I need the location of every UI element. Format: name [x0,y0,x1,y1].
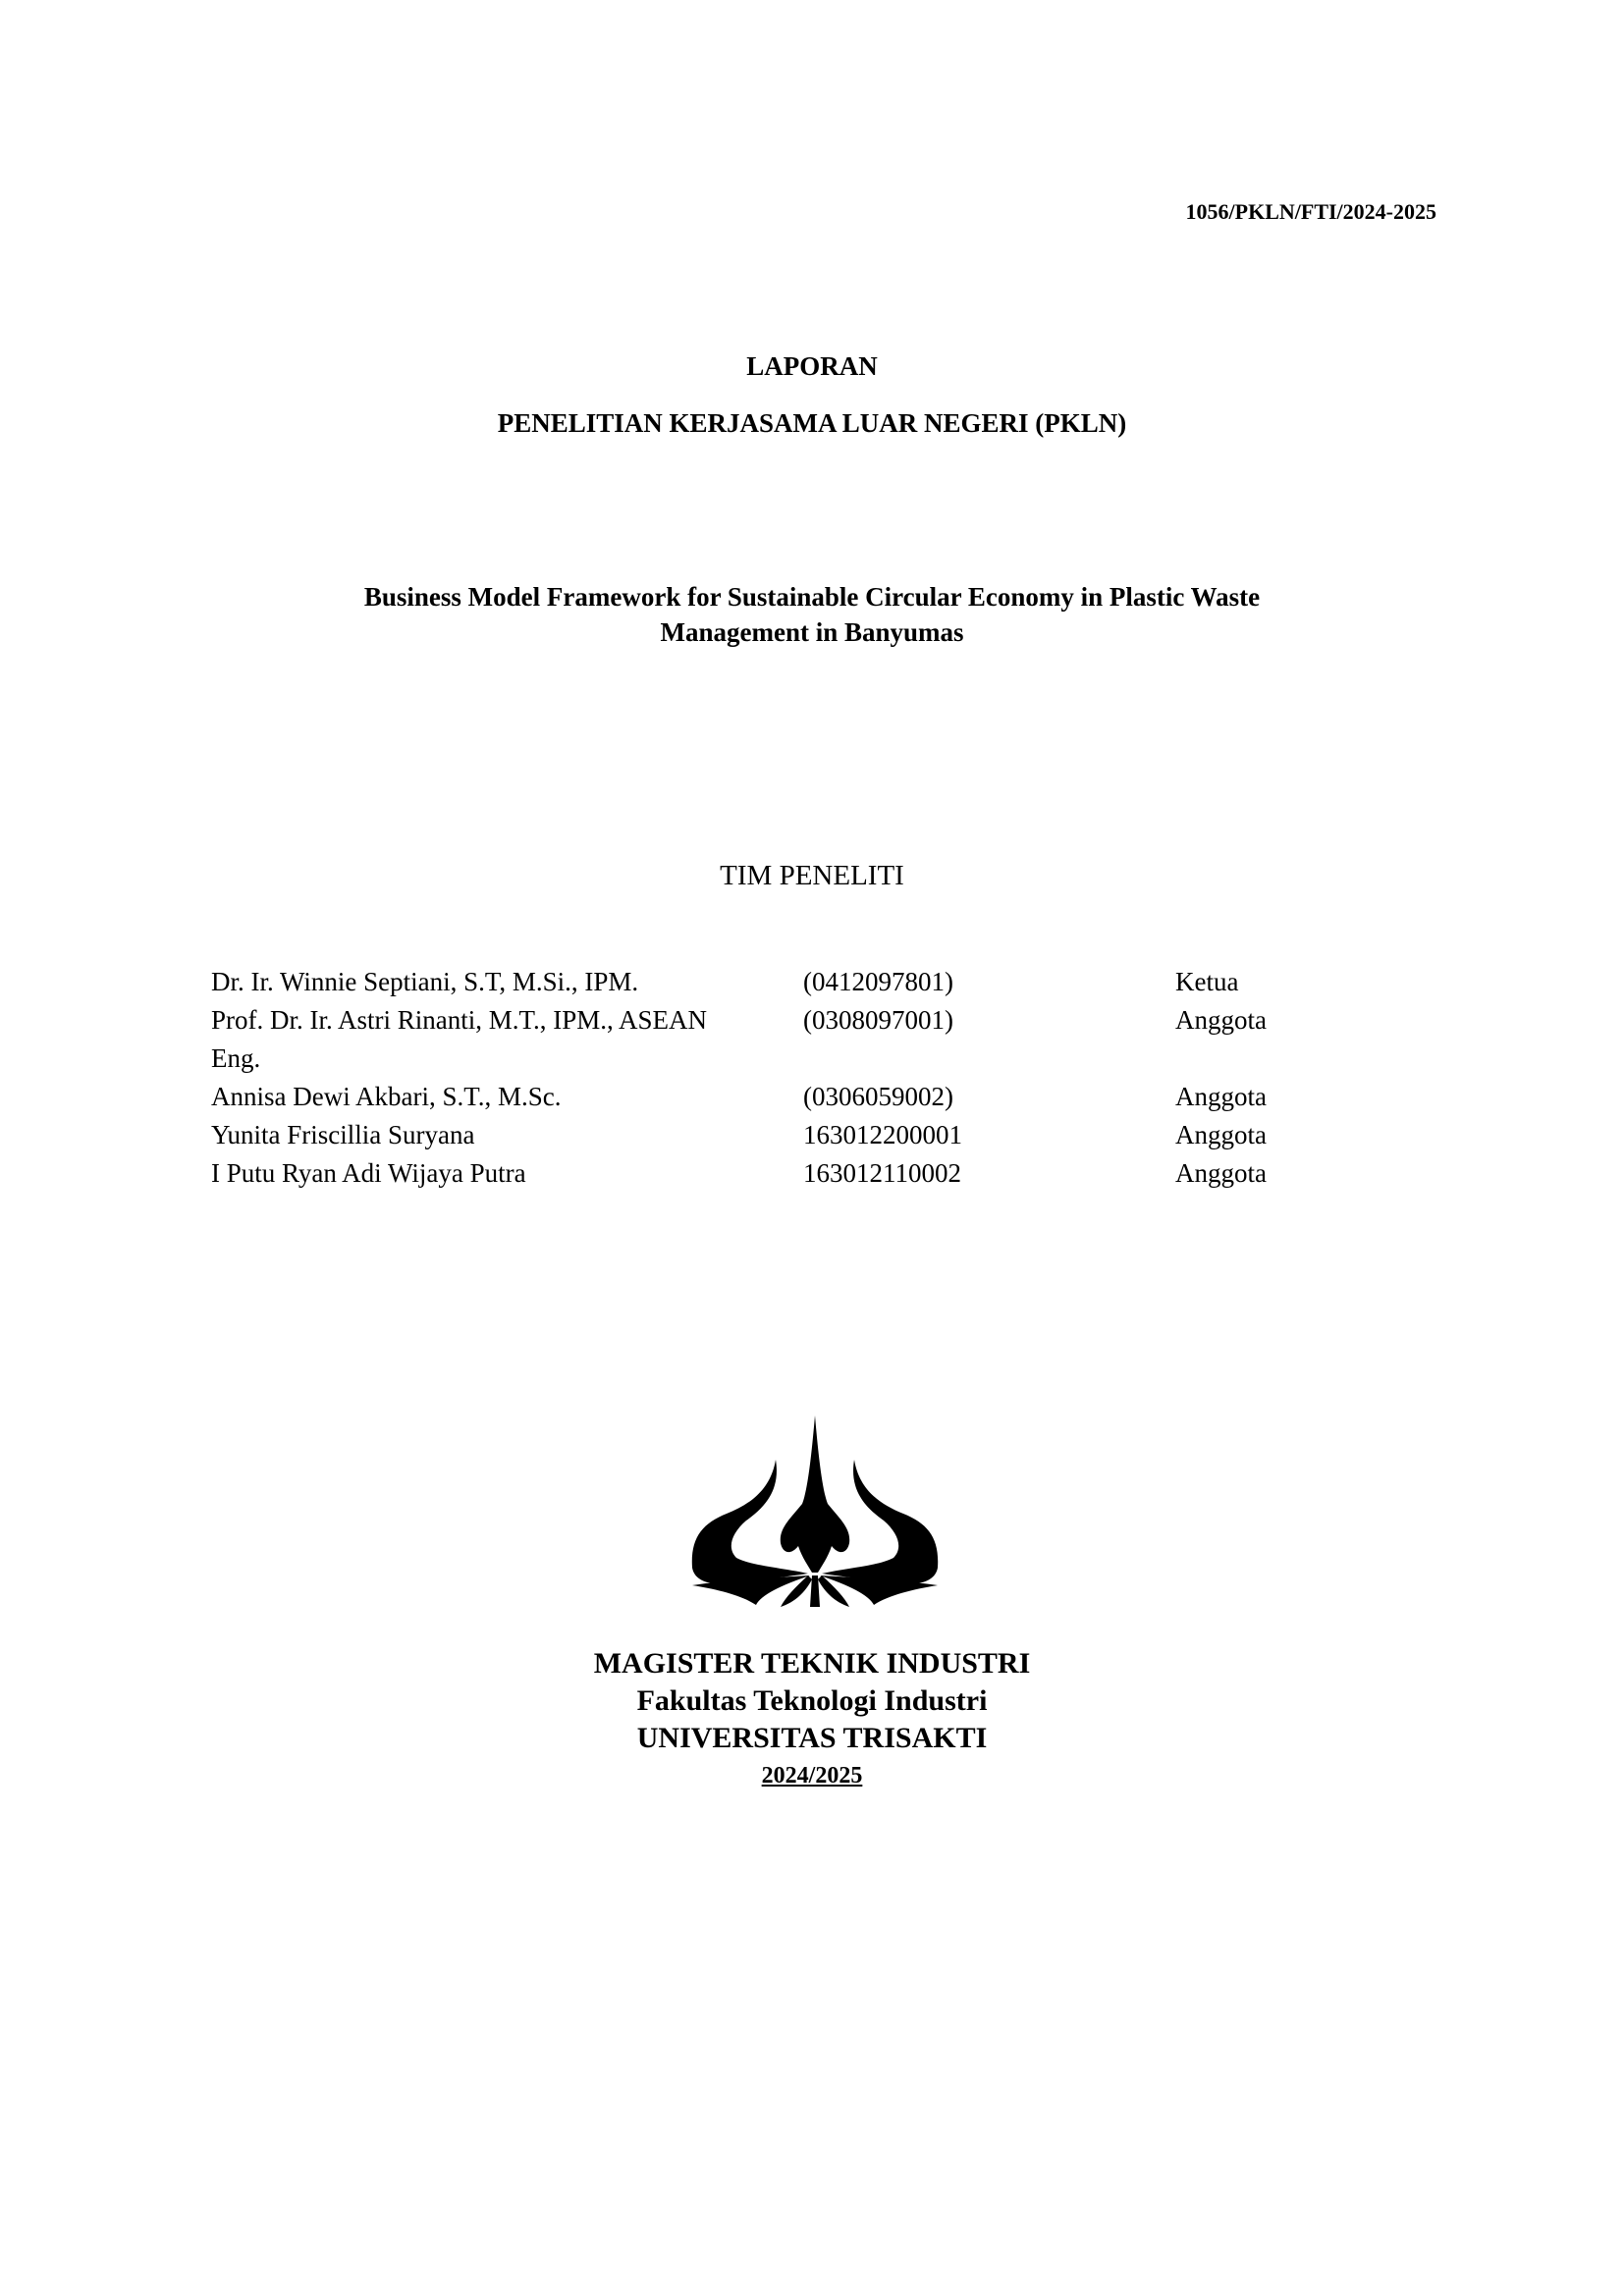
report-label: LAPORAN [0,351,1624,382]
member-id: (0306059002) [803,1078,953,1116]
member-id: 163012110002 [803,1154,961,1193]
university-logo-icon [682,1411,947,1607]
member-name: I Putu Ryan Adi Wijaya Putra [211,1154,761,1193]
member-name: Prof. Dr. Ir. Astri Rinanti, M.T., IPM.,… [211,1001,722,1078]
research-title: Business Model Framework for Sustainable… [0,579,1624,650]
member-role: Anggota [1175,1154,1267,1193]
program-name: MAGISTER TEKNIK INDUSTRI [0,1647,1624,1681]
research-title-line-2: Management in Banyumas [0,614,1624,650]
academic-year: 2024/2025 [0,1763,1624,1789]
research-title-line-1: Business Model Framework for Sustainable… [0,579,1624,614]
member-role: Anggota [1175,1078,1267,1116]
faculty-name: Fakultas Teknologi Industri [0,1684,1624,1718]
member-id: 163012200001 [803,1116,962,1154]
team-heading: TIM PENELITI [0,860,1624,892]
member-name: Yunita Friscillia Suryana [211,1116,761,1154]
report-type: PENELITIAN KERJASAMA LUAR NEGERI (PKLN) [0,408,1624,439]
member-role: Anggota [1175,1116,1267,1154]
university-name: UNIVERSITAS TRISAKTI [0,1722,1624,1755]
member-name: Annisa Dewi Akbari, S.T., M.Sc. [211,1078,761,1116]
document-number: 1056/PKLN/FTI/2024-2025 [1186,199,1436,225]
member-name: Dr. Ir. Winnie Septiani, S.T, M.Si., IPM… [211,963,761,1001]
member-id: (0412097801) [803,963,953,1001]
document-page: 1056/PKLN/FTI/2024-2025 LAPORAN PENELITI… [0,0,1624,2296]
member-role: Ketua [1175,963,1238,1001]
member-role: Anggota [1175,1001,1267,1040]
member-id: (0308097001) [803,1001,953,1040]
